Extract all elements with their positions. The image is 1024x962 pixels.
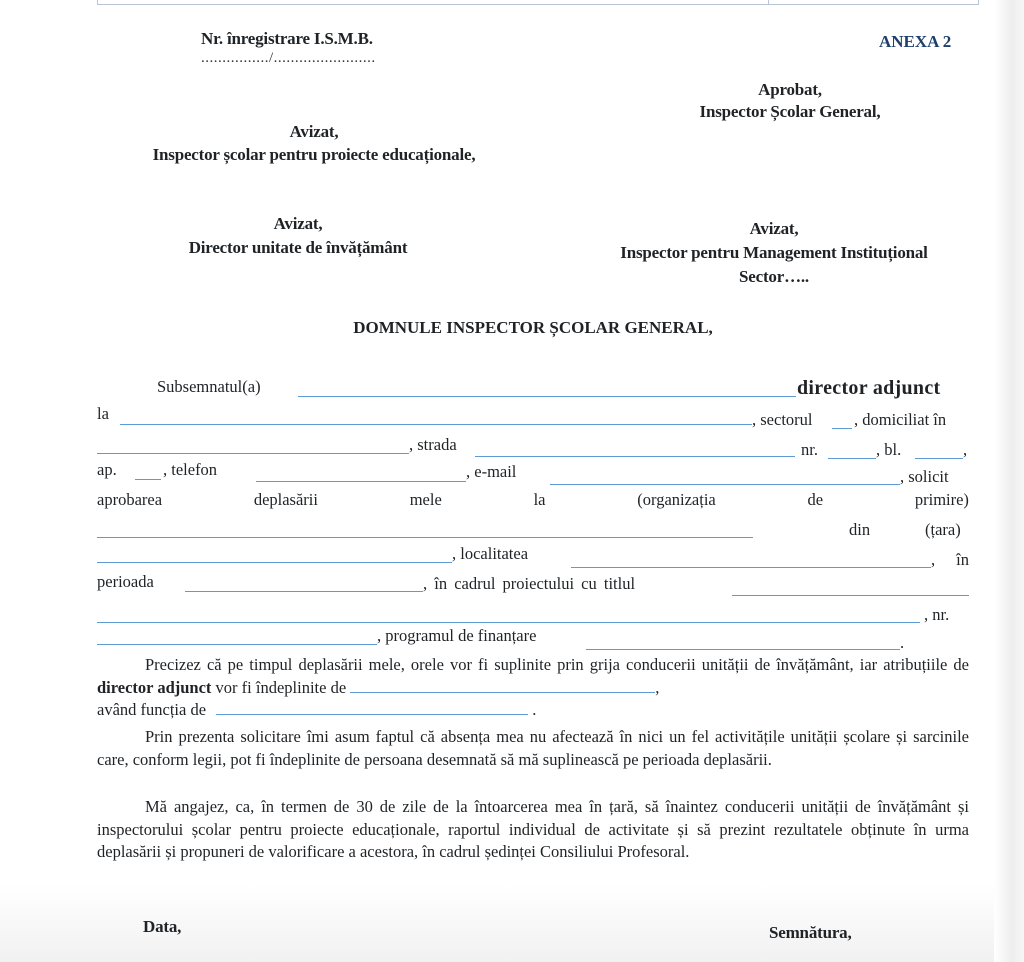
paragraph-replacement: Precizez că pe timpul deplasării mele, o…: [97, 654, 969, 722]
undersigned-label: Subsemnatul(a): [157, 377, 261, 397]
registration-number-field[interactable]: ................/.......................…: [201, 50, 376, 67]
sector-label: , sectorul: [752, 410, 812, 430]
host-organization-field[interactable]: [97, 537, 753, 538]
paragraph-text: având funcția de: [97, 700, 206, 719]
project-number-label: , nr.: [924, 605, 949, 625]
paragraph-text: Prin prezenta solicitare îmi asum faptul…: [97, 727, 969, 769]
page-edge-shadow: [994, 0, 1024, 962]
endorsed-management-role: Inspector pentru Management Instituționa…: [574, 242, 974, 264]
paragraph-text: vor fi îndeplinite de: [216, 678, 347, 697]
ap-label: ap.: [97, 460, 117, 480]
endorsed-director-label: Avizat,: [140, 213, 456, 235]
number-field[interactable]: [828, 458, 876, 459]
position-label: director adjunct: [797, 378, 941, 398]
phone-label: , telefon: [163, 460, 217, 480]
school-field[interactable]: [120, 424, 752, 425]
name-field[interactable]: [298, 396, 796, 397]
email-label: , e-mail: [466, 462, 516, 482]
top-table-border: [97, 0, 979, 5]
project-title-field-1[interactable]: [732, 595, 969, 596]
from-label: din: [849, 520, 870, 540]
word: la: [534, 490, 546, 510]
endorsed-management-label: Avizat,: [574, 218, 974, 240]
funding-program-field[interactable]: [586, 649, 900, 650]
endorsed-projects-label: Avizat,: [97, 121, 531, 143]
address-title: DOMNULE INSPECTOR ȘCOLAR GENERAL,: [97, 318, 969, 338]
phone-field[interactable]: [256, 481, 466, 482]
signature-label: Semnătura,: [769, 922, 852, 944]
city-field[interactable]: [97, 453, 409, 454]
paragraph-text: Precizez că pe timpul deplasării mele, o…: [145, 655, 969, 674]
domiciled-label: , domiciliat în: [854, 410, 946, 430]
word: aprobarea: [97, 490, 162, 510]
email-field[interactable]: [550, 484, 900, 485]
project-number-field[interactable]: [97, 644, 377, 645]
date-label: Data,: [143, 916, 181, 938]
word: deplasării: [254, 490, 318, 510]
registration-label: Nr. înregistrare I.S.M.B.: [201, 28, 373, 50]
project-label: , în cadrul proiectului cu titlul: [423, 574, 635, 594]
country-field[interactable]: [97, 562, 452, 563]
word: mele: [410, 490, 442, 510]
word: primire): [915, 490, 969, 510]
country-label: (țara): [925, 520, 961, 540]
approved-label: Aprobat,: [620, 79, 960, 101]
endorsed-projects-role: Inspector școlar pentru proiecte educați…: [97, 144, 531, 166]
funding-label: , programul de finanțare: [377, 626, 536, 646]
bl-label: , bl.: [876, 440, 901, 460]
word: de: [808, 490, 824, 510]
period-field[interactable]: [185, 591, 423, 592]
position-emphasis: director adjunct: [97, 678, 211, 697]
sector-field[interactable]: [832, 428, 852, 429]
block-field[interactable]: [915, 458, 963, 459]
locality-field[interactable]: [571, 567, 931, 568]
project-title-field-2[interactable]: [97, 622, 920, 623]
at-label: la: [97, 404, 109, 424]
table-cell-separator: [768, 0, 769, 4]
street-field[interactable]: [475, 456, 795, 457]
locality-label: , localitatea: [452, 544, 528, 564]
replacement-function-field[interactable]: [216, 700, 528, 715]
approved-role: Inspector Școlar General,: [620, 101, 960, 123]
endorsed-director-role: Director unitate de învățământ: [140, 237, 456, 259]
paragraph-text: Mă angajez, ca, în termen de 30 de zile …: [97, 797, 969, 861]
in-label: ,în: [931, 550, 969, 570]
approval-request-line: aprobarea deplasării mele la (organizați…: [97, 490, 969, 510]
comma: ,: [963, 440, 967, 460]
period-label: perioada: [97, 572, 154, 592]
street-label: , strada: [409, 435, 457, 455]
endorsed-management-sector: Sector…..: [574, 266, 974, 288]
period-mark: .: [900, 633, 904, 653]
word: (organizația: [637, 490, 716, 510]
nr-label: nr.: [801, 440, 818, 460]
replacement-person-field[interactable]: [350, 678, 655, 693]
document-page: Nr. înregistrare I.S.M.B. ..............…: [0, 0, 1024, 962]
apartment-field[interactable]: [135, 479, 161, 480]
annex-label: ANEXA 2: [879, 32, 951, 52]
request-label: , solicit: [900, 467, 949, 487]
paragraph-absence: Prin prezenta solicitare îmi asum faptul…: [97, 726, 969, 771]
paragraph-commitment: Mă angajez, ca, în termen de 30 de zile …: [97, 796, 969, 864]
